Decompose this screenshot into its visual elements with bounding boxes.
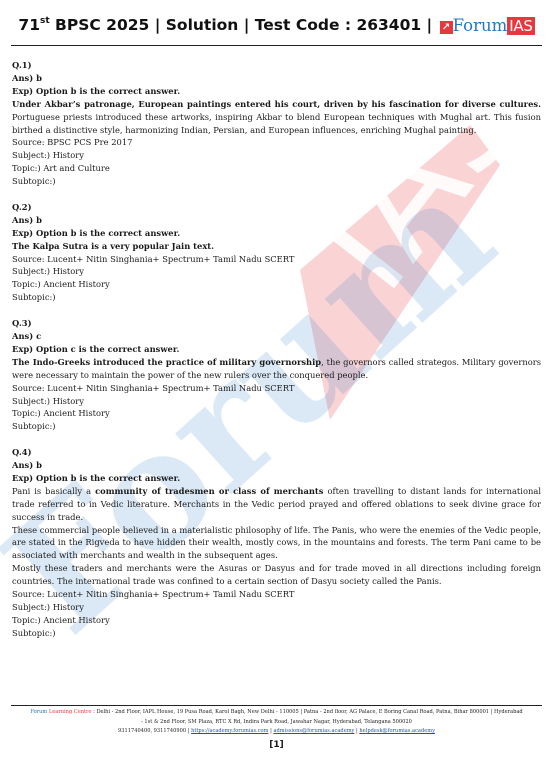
source-line: Source: Lucent+ Nitin Singhania+ Spectru… <box>12 253 541 266</box>
source-line: Source: BPSC PCS Pre 2017 <box>12 136 541 149</box>
topic-line: Topic:) Ancient History <box>12 407 541 420</box>
logo-forum-text: Forum <box>453 16 508 35</box>
question-block: Q.4)Ans) bExp) Option b is the correct a… <box>12 446 541 640</box>
explanation-paragraph: The Kalpa Sutra is a very popular Jain t… <box>12 240 541 253</box>
footer-link-helpdesk-email[interactable]: helpdesk@forumias.academy <box>359 728 435 734</box>
answer-label: Ans) b <box>12 459 541 472</box>
footer-brand-forum: Forum <box>30 709 47 715</box>
subject-line: Subject:) History <box>12 265 541 278</box>
subtopic-line: Subtopic:) <box>12 291 541 304</box>
explanation-paragraph: These commercial people believed in a ma… <box>12 524 541 563</box>
subject-line: Subject:) History <box>12 149 541 162</box>
footer-phones: 9311740400, 9311740900 <box>118 728 186 734</box>
logo-ias-text: IAS <box>507 17 534 35</box>
explanation-heading: Exp) Option c is the correct answer. <box>12 343 541 356</box>
explanation-paragraph: Pani is basically a community of tradesm… <box>12 485 541 524</box>
subtopic-line: Subtopic:) <box>12 420 541 433</box>
subject-line: Subject:) History <box>12 601 541 614</box>
question-block: Q.1)Ans) bExp) Option b is the correct a… <box>12 59 541 188</box>
answer-label: Ans) b <box>12 214 541 227</box>
solutions-content: Q.1)Ans) bExp) Option b is the correct a… <box>12 59 541 653</box>
topic-line: Topic:) Ancient History <box>12 278 541 291</box>
header-exam-number: 71 <box>18 16 40 34</box>
question-block: Q.2)Ans) bExp) Option b is the correct a… <box>12 201 541 304</box>
paragraph-text: Portuguese priests introduced these artw… <box>12 112 541 135</box>
footer-divider <box>11 705 542 706</box>
paragraph-text: Mostly these traders and merchants were … <box>12 563 541 586</box>
topic-line: Topic:) Art and Culture <box>12 162 541 175</box>
footer-brand-learning-centre: Learning Centre <box>47 709 91 715</box>
footer-addresses: : Delhi - 2nd Floor, IAPL House, 19 Pusa… <box>91 709 522 725</box>
explanation-heading: Exp) Option b is the correct answer. <box>12 85 541 98</box>
highlighted-text: Under Akbar’s patronage, European painti… <box>12 99 541 109</box>
paragraph-text: Pani is basically a <box>12 486 95 496</box>
header-divider <box>11 45 542 46</box>
highlighted-text: The Indo-Greeks introduced the practice … <box>12 357 321 367</box>
page-number: [1] <box>0 740 553 750</box>
question-number: Q.1) <box>12 59 541 72</box>
arrow-icon: ↗ <box>440 21 453 34</box>
explanation-paragraph: Under Akbar’s patronage, European painti… <box>12 98 541 137</box>
footer-link-academy[interactable]: https://academy.forumias.com <box>191 728 268 734</box>
highlighted-text: The Kalpa Sutra is a very popular Jain t… <box>12 241 214 251</box>
subject-line: Subject:) History <box>12 395 541 408</box>
question-number: Q.2) <box>12 201 541 214</box>
explanation-heading: Exp) Option b is the correct answer. <box>12 472 541 485</box>
source-line: Source: Lucent+ Nitin Singhania+ Spectru… <box>12 382 541 395</box>
footer-link-admissions-email[interactable]: admissions@forumias.academy <box>273 728 354 734</box>
topic-line: Topic:) Ancient History <box>12 614 541 627</box>
question-number: Q.3) <box>12 317 541 330</box>
subtopic-line: Subtopic:) <box>12 175 541 188</box>
question-number: Q.4) <box>12 446 541 459</box>
answer-label: Ans) b <box>12 72 541 85</box>
page-header: 71st BPSC 2025 | Solution | Test Code : … <box>0 16 553 35</box>
subtopic-line: Subtopic:) <box>12 627 541 640</box>
header-title: BPSC 2025 | Solution | Test Code : 26340… <box>50 16 438 34</box>
answer-label: Ans) c <box>12 330 541 343</box>
source-line: Source: Lucent+ Nitin Singhania+ Spectru… <box>12 588 541 601</box>
explanation-paragraph: The Indo-Greeks introduced the practice … <box>12 356 541 382</box>
question-block: Q.3)Ans) cExp) Option c is the correct a… <box>12 317 541 433</box>
explanation-heading: Exp) Option b is the correct answer. <box>12 227 541 240</box>
page-footer: Forum Learning Centre : Delhi - 2nd Floo… <box>30 708 523 737</box>
paragraph-text: These commercial people believed in a ma… <box>12 525 541 561</box>
header-ordinal: st <box>40 16 50 26</box>
highlighted-text: community of tradesmen or class of merch… <box>95 486 323 496</box>
forumias-logo: ↗ForumIAS <box>440 16 535 35</box>
explanation-paragraph: Mostly these traders and merchants were … <box>12 562 541 588</box>
